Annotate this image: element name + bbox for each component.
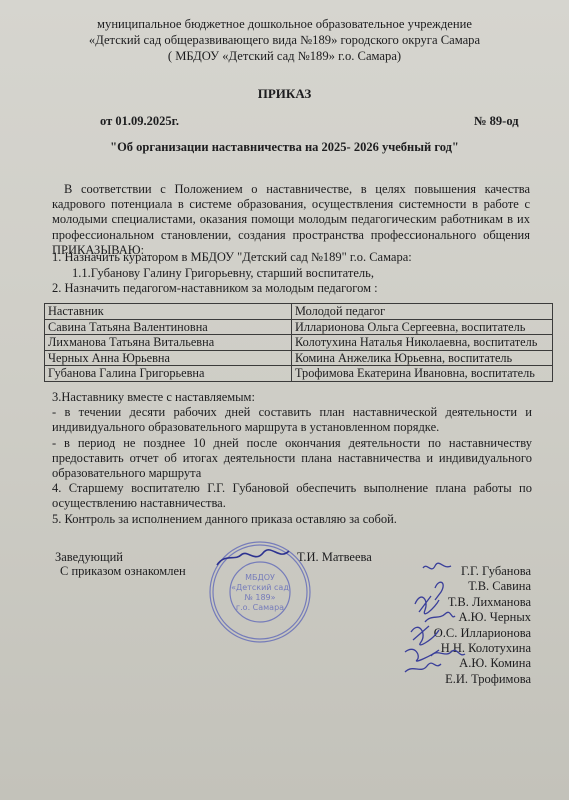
mentor-cell: Губанова Галина Григорьевна: [45, 366, 292, 382]
item-3-b: - в период не позднее 10 дней после окон…: [52, 436, 532, 482]
mentee-cell: Комина Анжелика Юрьевна, воспитатель: [292, 350, 553, 366]
column-header: Молодой педагог: [292, 304, 553, 320]
mentor-cell: Савина Татьяна Валентиновна: [45, 319, 292, 335]
order-subject: "Об организации наставничества на 2025- …: [0, 140, 569, 155]
item-4: 4. Старшему воспитателю Г.Г. Губановой о…: [52, 481, 532, 511]
item-1-1: 1.1.Губанову Галину Григорьевну, старший…: [52, 266, 532, 282]
table-row: Савина Татьяна Валентиновна Илларионова …: [45, 319, 553, 335]
item-5: 5. Контроль за исполнением данного прика…: [52, 512, 532, 527]
order-date: от 01.09.2025г.: [100, 114, 179, 129]
document-title: ПРИКАЗ: [0, 86, 569, 102]
document-page: муниципальное бюджетное дошкольное образ…: [0, 0, 569, 800]
mentor-cell: Лихманова Татьяна Витальевна: [45, 335, 292, 351]
acknowledged-label: С приказом ознакомлен: [60, 564, 186, 579]
mentee-cell: Колотухина Наталья Николаевна, воспитате…: [292, 335, 553, 351]
seal-stamp-icon: МБДОУ «Детский сад № 189» г.о. Самара: [205, 535, 315, 645]
order-number: № 89-од: [474, 114, 519, 129]
header-line-2: «Детский сад общеразвивающего вида №189»…: [0, 32, 569, 48]
column-header: Наставник: [45, 304, 292, 320]
mentee-cell: Илларионова Ольга Сергеевна, воспитатель: [292, 319, 553, 335]
item-1: 1. Назначить куратором в МБДОУ "Детский …: [52, 250, 532, 266]
order-items-1-2: 1. Назначить куратором в МБДОУ "Детский …: [52, 250, 532, 297]
head-role: Заведующий: [55, 550, 123, 565]
preamble-paragraph: В соответствии с Положением о наставниче…: [52, 182, 530, 258]
organization-header: муниципальное бюджетное дошкольное образ…: [0, 16, 569, 64]
svg-text:г.о. Самара: г.о. Самара: [236, 603, 284, 612]
table-row: Черных Анна Юрьевна Комина Анжелика Юрье…: [45, 350, 553, 366]
item-3: 3.Наставнику вместе с наставляемым:: [52, 390, 532, 405]
handwritten-signatures-icon: [395, 560, 505, 680]
svg-text:№ 189»: № 189»: [244, 593, 275, 602]
mentor-cell: Черных Анна Юрьевна: [45, 350, 292, 366]
item-3-a: - в течении десяти рабочих дней составит…: [52, 405, 532, 435]
table-row: Лихманова Татьяна Витальевна Колотухина …: [45, 335, 553, 351]
item-2: 2. Назначить педагогом-наставником за мо…: [52, 281, 532, 297]
order-items-3-5: 3.Наставнику вместе с наставляемым: - в …: [52, 390, 532, 527]
svg-text:«Детский сад: «Детский сад: [231, 583, 289, 592]
table-header-row: Наставник Молодой педагог: [45, 304, 553, 320]
table-row: Губанова Галина Григорьевна Трофимова Ек…: [45, 366, 553, 382]
header-line-3: ( МБДОУ «Детский сад №189» г.о. Самара): [0, 48, 569, 64]
mentor-table: Наставник Молодой педагог Савина Татьяна…: [44, 303, 553, 382]
svg-text:МБДОУ: МБДОУ: [245, 573, 275, 582]
header-line-1: муниципальное бюджетное дошкольное образ…: [0, 16, 569, 32]
mentee-cell: Трофимова Екатерина Ивановна, воспитател…: [292, 366, 553, 382]
